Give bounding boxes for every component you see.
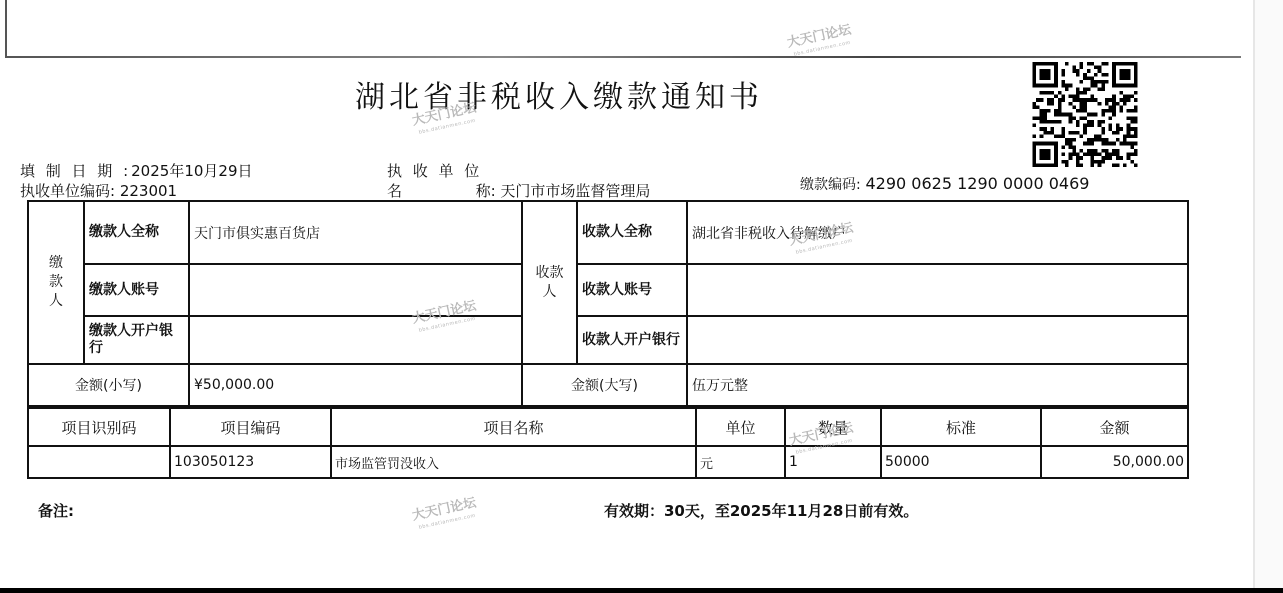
items-header-row: 项目识别码 项目编码 项目名称 单位 数量 标准 金额 (28, 408, 1188, 446)
unit-code-value: 223001 (120, 182, 177, 200)
validity-note: 有效期：30天，至2025年11月28日前有效。 (604, 500, 918, 521)
collecting-unit-row: 名 称: 天门市市场监督管理局 (387, 180, 650, 201)
payer-group-label: 缴 款 人 (28, 201, 84, 364)
watermark: 大天门论坛bbs.datianmen.com (411, 497, 480, 536)
payer-bank-value (189, 316, 522, 364)
bottom-edge (0, 588, 1283, 593)
cell-item-name: 市场监管罚没收入 (331, 446, 696, 478)
cell-amount: 50,000.00 (1041, 446, 1188, 478)
payee-name-value: 湖北省非税收入待解缴户 (687, 201, 1188, 264)
header-quantity: 数量 (785, 408, 881, 446)
fill-date-label: 填 制 日 期 : (20, 162, 131, 180)
unit-code-label: 执收单位编码: (20, 182, 115, 200)
document-page: 湖北省非税收入缴款通知书 填 制 日 期 :2025年10月29日 执收单位编码… (0, 0, 1283, 593)
collecting-unit-label-b: 称: (476, 182, 496, 200)
payment-code-row: 缴款编码: 4290 0625 1290 0000 0469 (800, 174, 1089, 194)
table-row: 103050123 市场监管罚没收入 元 1 50000 50,000.00 (28, 446, 1188, 478)
header-amount: 金额 (1041, 408, 1188, 446)
amount-big-value: 伍万元整 (687, 364, 1188, 406)
collecting-unit-label-a: 名 (387, 182, 402, 200)
payer-payee-table: 缴 款 人 缴款人全称 天门市俱实惠百货店 收款 人 收款人全称 湖北省非税收入… (27, 200, 1189, 407)
payee-account-value (687, 264, 1188, 316)
fill-date-row: 填 制 日 期 :2025年10月29日 (20, 160, 253, 181)
payment-code-value: 4290 0625 1290 0000 0469 (866, 174, 1090, 193)
unit-code-row: 执收单位编码: 223001 (20, 180, 177, 201)
qr-code-icon (1030, 62, 1140, 167)
header-unit: 单位 (696, 408, 785, 446)
payer-account-value (189, 264, 522, 316)
payer-name-value: 天门市俱实惠百货店 (189, 201, 522, 264)
fill-date-value: 2025年10月29日 (131, 162, 252, 180)
amount-small-label: 金额(小写) (28, 364, 189, 406)
page-gutter (1255, 0, 1283, 593)
cell-unit: 元 (696, 446, 785, 478)
amount-big-label: 金额(大写) (522, 364, 687, 406)
cell-standard: 50000 (881, 446, 1041, 478)
header-item-code: 项目编码 (170, 408, 331, 446)
header-standard: 标准 (881, 408, 1041, 446)
payee-bank-value (687, 316, 1188, 364)
collecting-unit-label: 执 收 单 位 (387, 160, 482, 181)
cell-id-code (28, 446, 170, 478)
page-gutter-line (1253, 0, 1255, 593)
payer-name-label: 缴款人全称 (84, 201, 189, 264)
collecting-unit-name: 天门市市场监督管理局 (500, 182, 650, 200)
cell-quantity: 1 (785, 446, 881, 478)
previous-page-frame-left (5, 0, 7, 58)
previous-page-frame-bottom (6, 56, 1241, 58)
amount-small-value: ¥50,000.00 (189, 364, 522, 406)
payee-bank-label: 收款人开户银行 (577, 316, 687, 364)
items-table: 项目识别码 项目编码 项目名称 单位 数量 标准 金额 103050123 市场… (27, 407, 1189, 479)
remark-label: 备注: (38, 500, 74, 521)
header-item-name: 项目名称 (331, 408, 696, 446)
payee-name-label: 收款人全称 (577, 201, 687, 264)
payer-account-label: 缴款人账号 (84, 264, 189, 316)
cell-item-code: 103050123 (170, 446, 331, 478)
payer-bank-label: 缴款人开户银行 (84, 316, 189, 364)
document-title: 湖北省非税收入缴款通知书 (355, 72, 763, 116)
payment-code-label: 缴款编码: (800, 177, 861, 193)
payee-account-label: 收款人账号 (577, 264, 687, 316)
payee-group-label: 收款 人 (522, 201, 577, 364)
header-id-code: 项目识别码 (28, 408, 170, 446)
